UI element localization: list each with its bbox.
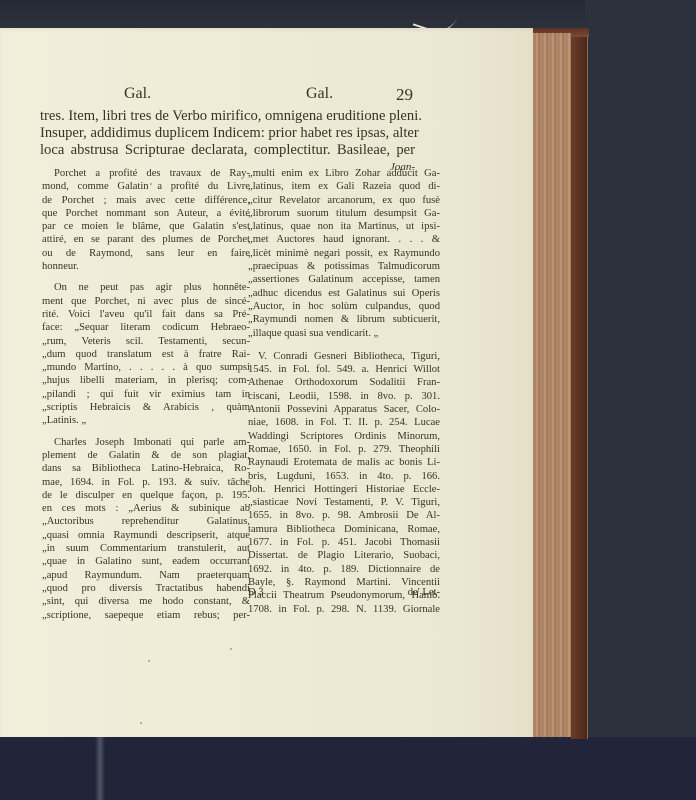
text-line: „licèt minimè negari possit, ex Raymundo — [248, 247, 440, 260]
text-line: „mundo Martino, . . . . . à quo sumpsi — [42, 361, 250, 374]
text-line: „met Auctores haud ignorant. . . . & — [248, 233, 440, 246]
background-right — [585, 0, 696, 800]
signature-mark: D 3 — [248, 587, 264, 598]
text-line: rité. Voici l'aveu qu'il fait dans sa Pr… — [42, 308, 250, 321]
text-line: loca abstrusa Scripturae declarata, comp… — [40, 142, 415, 159]
text-line: en ces mots : „Aerius & subinique ab — [42, 502, 250, 515]
text-line: bris, Lugduni, 1653. in 4to. p. 166. — [248, 470, 440, 483]
text-line: tres. Item, libri tres de Verbo mirifico… — [40, 108, 415, 125]
running-head-left: Gal. — [124, 85, 151, 103]
text-line: honneur. — [42, 260, 250, 273]
paragraph: „multi enim ex Libro Zohar adducit Ga- „… — [248, 167, 440, 340]
text-line: „dum quod translatum est à fratre Rai- — [42, 348, 250, 361]
running-head: Gal. Gal. 29 — [0, 85, 533, 109]
text-line: „Latinis. „ — [42, 414, 250, 427]
catchword-bottom: de' Let- — [408, 587, 440, 598]
text-line: 1545. in Fol. fol. 549. a. Henrici Willo… — [248, 363, 440, 376]
text-line: „sint, qui diversa me hodo constant, & — [42, 595, 250, 608]
text-line: „quae in Galatino sunt, eadem occurrant — [42, 555, 250, 568]
text-line: „pilandi ; qui fuit vir eximius tam in — [42, 388, 250, 401]
text-line: V. Conradi Gesneri Bibliotheca, Tiguri, — [248, 350, 440, 363]
text-line: „Auctor, in hoc solùm culpandus, quod — [248, 300, 440, 313]
book-fore-edge — [533, 33, 571, 737]
text-line: Porchet a profité des travaux de Ray- — [42, 167, 250, 180]
text-line: 1708. in Fol. p. 298. N. 1139. Giornale — [248, 603, 440, 616]
paper-spot — [140, 722, 142, 724]
paragraph: V. Conradi Gesneri Bibliotheca, Tiguri, … — [248, 350, 440, 616]
text-line: Raynaudi Erotemata de malis ac bonis Li- — [248, 456, 440, 469]
text-line: dans sa Bibliotheca Latino-Hebraica, Ro- — [42, 462, 250, 475]
text-line: mond, comme Galatin a profité du Livre — [42, 180, 250, 193]
text-line: „adhuc dicendus est Galatinus sui Operis — [248, 287, 440, 300]
book-cover-board — [571, 37, 588, 739]
text-line: „assertiones Galatinum accepisse, tamen — [248, 273, 440, 286]
page-number: 29 — [396, 85, 413, 105]
text-line: „hujus libelli materiam, in plerisq; com… — [42, 374, 250, 387]
text-line: „in suum Commentarium transtulerit, aut — [42, 542, 250, 555]
text-line: que Porchet nommant son Auteur, a évité — [42, 207, 250, 220]
text-line: „Raymundi nomen & librum subticuerit, — [248, 313, 440, 326]
text-line: attiré, en se parant des plumes de Porch… — [42, 233, 250, 246]
text-line: „latinus, item ex Gali Razeia quod di- — [248, 180, 440, 193]
paragraph: Charles Joseph Imbonati qui parle am- pl… — [42, 436, 250, 622]
text-line: 1677. in Fol. p. 451. Jacobi Thomasii — [248, 536, 440, 549]
paragraph: Porchet a profité des travaux de Ray- mo… — [42, 167, 250, 273]
paragraph: On ne peut pas agir plus honnête- ment q… — [42, 281, 250, 427]
text-line: „quod pro diversis Tractatibus habendi — [42, 582, 250, 595]
paper-spot — [230, 648, 232, 650]
text-line: „multi enim ex Libro Zohar adducit Ga- — [248, 167, 440, 180]
text-line: mae, 1694. in Fol. p. 193. & suiv. tâche — [42, 476, 250, 489]
text-line: de Porchet ; mais avec cette différence, — [42, 194, 250, 207]
text-line: „illaque quasi sua vendicarit. „ — [248, 327, 440, 340]
paper-spot — [148, 660, 150, 662]
background-bottom — [0, 737, 696, 800]
text-line: ou de Raymond, sans leur en faire — [42, 247, 250, 260]
text-line: ment que Porchet, ni avec plus de sincé- — [42, 295, 250, 308]
background-strip — [95, 737, 105, 800]
intro-paragraph: tres. Item, libri tres de Verbo mirifico… — [40, 108, 415, 176]
text-line: Insuper, addidimus duplicem Indicem: pri… — [40, 125, 415, 142]
text-line: plement de Galatin & de son plagiat, — [42, 449, 250, 462]
text-line: Waddingi Scriptores Ordinis Minorum, — [248, 430, 440, 443]
text-line: face: „Sequar literam codicum Hebraeo- — [42, 321, 250, 334]
text-line: „apud Raymundum. Nam praeterquam — [42, 569, 250, 582]
text-line: Antonii Possevini Apparatus Sacer, Colo- — [248, 403, 440, 416]
text-line: „siasticae Novi Testamenti, P. V. Tiguri… — [248, 496, 440, 509]
text-line: 1692. in 4to. p. 189. Dictionnaire de — [248, 563, 440, 576]
left-column: Porchet a profité des travaux de Ray- mo… — [42, 167, 250, 622]
text-line: Charles Joseph Imbonati qui parle am- — [42, 436, 250, 449]
text-line: „scriptione, saepeque etiam rebus; per- — [42, 609, 250, 622]
text-line: On ne peut pas agir plus honnête- — [42, 281, 250, 294]
text-line: Romae, 1650. in Fol. p. 279. Theophili — [248, 443, 440, 456]
running-head-center: Gal. — [306, 85, 333, 103]
text-line: „Auctoribus reprehenditur Galatinus, — [42, 515, 250, 528]
text-line: „scriptis Hebraicis & Arabicis , quàm — [42, 401, 250, 414]
text-line: Dissertat. de Plagio Literario, Suobaci, — [248, 549, 440, 562]
text-line: „librorum suorum titulum desumpsit Ga- — [248, 207, 440, 220]
text-line: par ce moien le blâme, que Galatin s'est — [42, 220, 250, 233]
text-line: ciscani, Leodii, 1598. in 8vo. p. 301. — [248, 390, 440, 403]
text-line: de le disculper en quelque façon, p. 195… — [42, 489, 250, 502]
text-line: Joh. Henrici Hottingeri Historiae Eccle- — [248, 483, 440, 496]
text-line: Athenae Orthodoxorum Sodalitii Fran- — [248, 376, 440, 389]
text-line: „latinus, quae non ita Martinus, ut ipsi… — [248, 220, 440, 233]
text-line: 1655. in 8vo. p. 98. Ambrosii De Al- — [248, 509, 440, 522]
text-line: „quasi omnia Raymundi descripserit, atqu… — [42, 529, 250, 542]
text-line: „citur Revelator arcanorum, ex quo fusè — [248, 194, 440, 207]
text-line: niae, 1608. in Fol. T. II. p. 254. Lucae — [248, 416, 440, 429]
text-line: „praecipuas & potissimas Talmudicorum — [248, 260, 440, 273]
text-line: „rum, Veteris scil. Testamenti, secun- — [42, 335, 250, 348]
text-line: tamura Bibliotheca Dominicana, Romae, — [248, 523, 440, 536]
right-column: „multi enim ex Libro Zohar adducit Ga- „… — [248, 167, 440, 616]
